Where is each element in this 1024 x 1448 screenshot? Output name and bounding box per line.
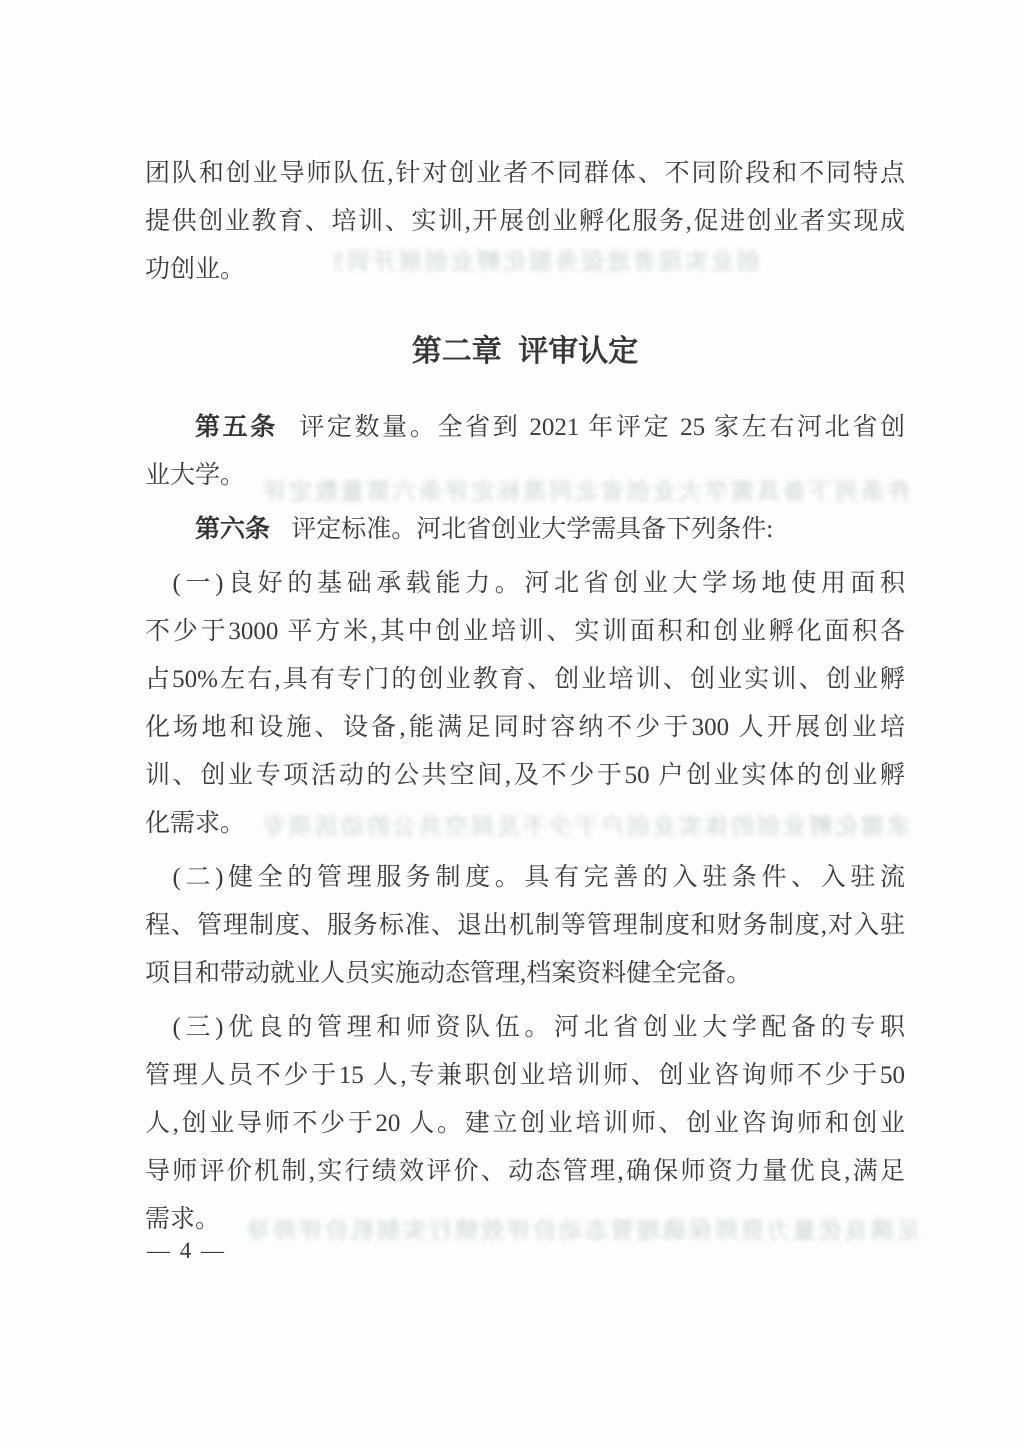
text-line: (三)优良的管理和师资队伍。河北省创业大学配备的专职: [145, 1004, 905, 1052]
paragraph: 团队和创业导师队伍,针对创业者不同群体、不同阶段和不同特点提供创业教育、培训、实…: [145, 150, 905, 294]
text-line: 需求。: [145, 1196, 905, 1244]
paragraph: 第六条评定标准。河北省创业大学需具备下列条件:: [145, 506, 905, 554]
text-line: 第六条评定标准。河北省创业大学需具备下列条件:: [145, 506, 905, 554]
text-line: (二)健全的管理服务制度。具有完善的入驻条件、入驻流: [145, 854, 905, 902]
article-number: 第五条: [195, 414, 278, 441]
chapter-number: 第二章: [412, 335, 502, 368]
text-line: 提供创业教育、培训、实训,开展创业孵化服务,促进创业者实现成: [145, 198, 905, 246]
text-line: 化需求。: [145, 800, 905, 848]
text-line: 管理人员不少于15 人,专兼职创业培训师、创业咨询师不少于50: [145, 1052, 905, 1100]
text-line: 化场地和设施、设备,能满足同时容纳不少于300 人开展创业培: [145, 704, 905, 752]
text-line: 程、管理制度、服务标准、退出机制等管理制度和财务制度,对入驻: [145, 902, 905, 950]
article-number: 第六条: [195, 516, 270, 543]
paragraph: 第五条评定数量。全省到 2021 年评定 25 家左右河北省创业大学。: [145, 404, 905, 500]
text-line: 人,创业导师不少于20 人。建立创业培训师、创业咨询师和创业: [145, 1100, 905, 1148]
text-line: 团队和创业导师队伍,针对创业者不同群体、不同阶段和不同特点: [145, 150, 905, 198]
text-line: 不少于3000 平方米,其中创业培训、实训面积和创业孵化面积各: [145, 608, 905, 656]
text-line: 功创业。: [145, 246, 905, 294]
chapter-heading: 第二章评审认定: [145, 328, 905, 376]
text-line: 第五条评定数量。全省到 2021 年评定 25 家左右河北省创: [145, 404, 905, 452]
text-line: 项目和带动就业人员实施动态管理,档案资料健全完备。: [145, 950, 905, 998]
text-line: 业大学。: [145, 452, 905, 500]
paragraph: (一)良好的基础承载能力。河北省创业大学场地使用面积不少于3000 平方米,其中…: [145, 560, 905, 848]
paragraph: (二)健全的管理服务制度。具有完善的入驻条件、入驻流程、管理制度、服务标准、退出…: [145, 854, 905, 998]
chapter-title: 评审认定: [518, 335, 638, 368]
page-number: — 4 —: [147, 1238, 226, 1264]
paragraph: (三)优良的管理和师资队伍。河北省创业大学配备的专职管理人员不少于15 人,专兼…: [145, 1004, 905, 1244]
text-line: (一)良好的基础承载能力。河北省创业大学场地使用面积: [145, 560, 905, 608]
text-line: 占50%左右,具有专门的创业教育、创业培训、创业实训、创业孵: [145, 656, 905, 704]
scanned-document-page: 创业实现者进促务服化孵业创展开训实训培 件条列下备具需学大业创省北河准标定评条六…: [0, 0, 1024, 1448]
text-line: 训、创业专项活动的公共空间,及不少于50 户创业实体的创业孵: [145, 752, 905, 800]
document-body: 团队和创业导师队伍,针对创业者不同群体、不同阶段和不同特点提供创业教育、培训、实…: [145, 150, 905, 1250]
text-line: 导师评价机制,实行绩效评价、动态管理,确保师资力量优良,满足: [145, 1148, 905, 1196]
